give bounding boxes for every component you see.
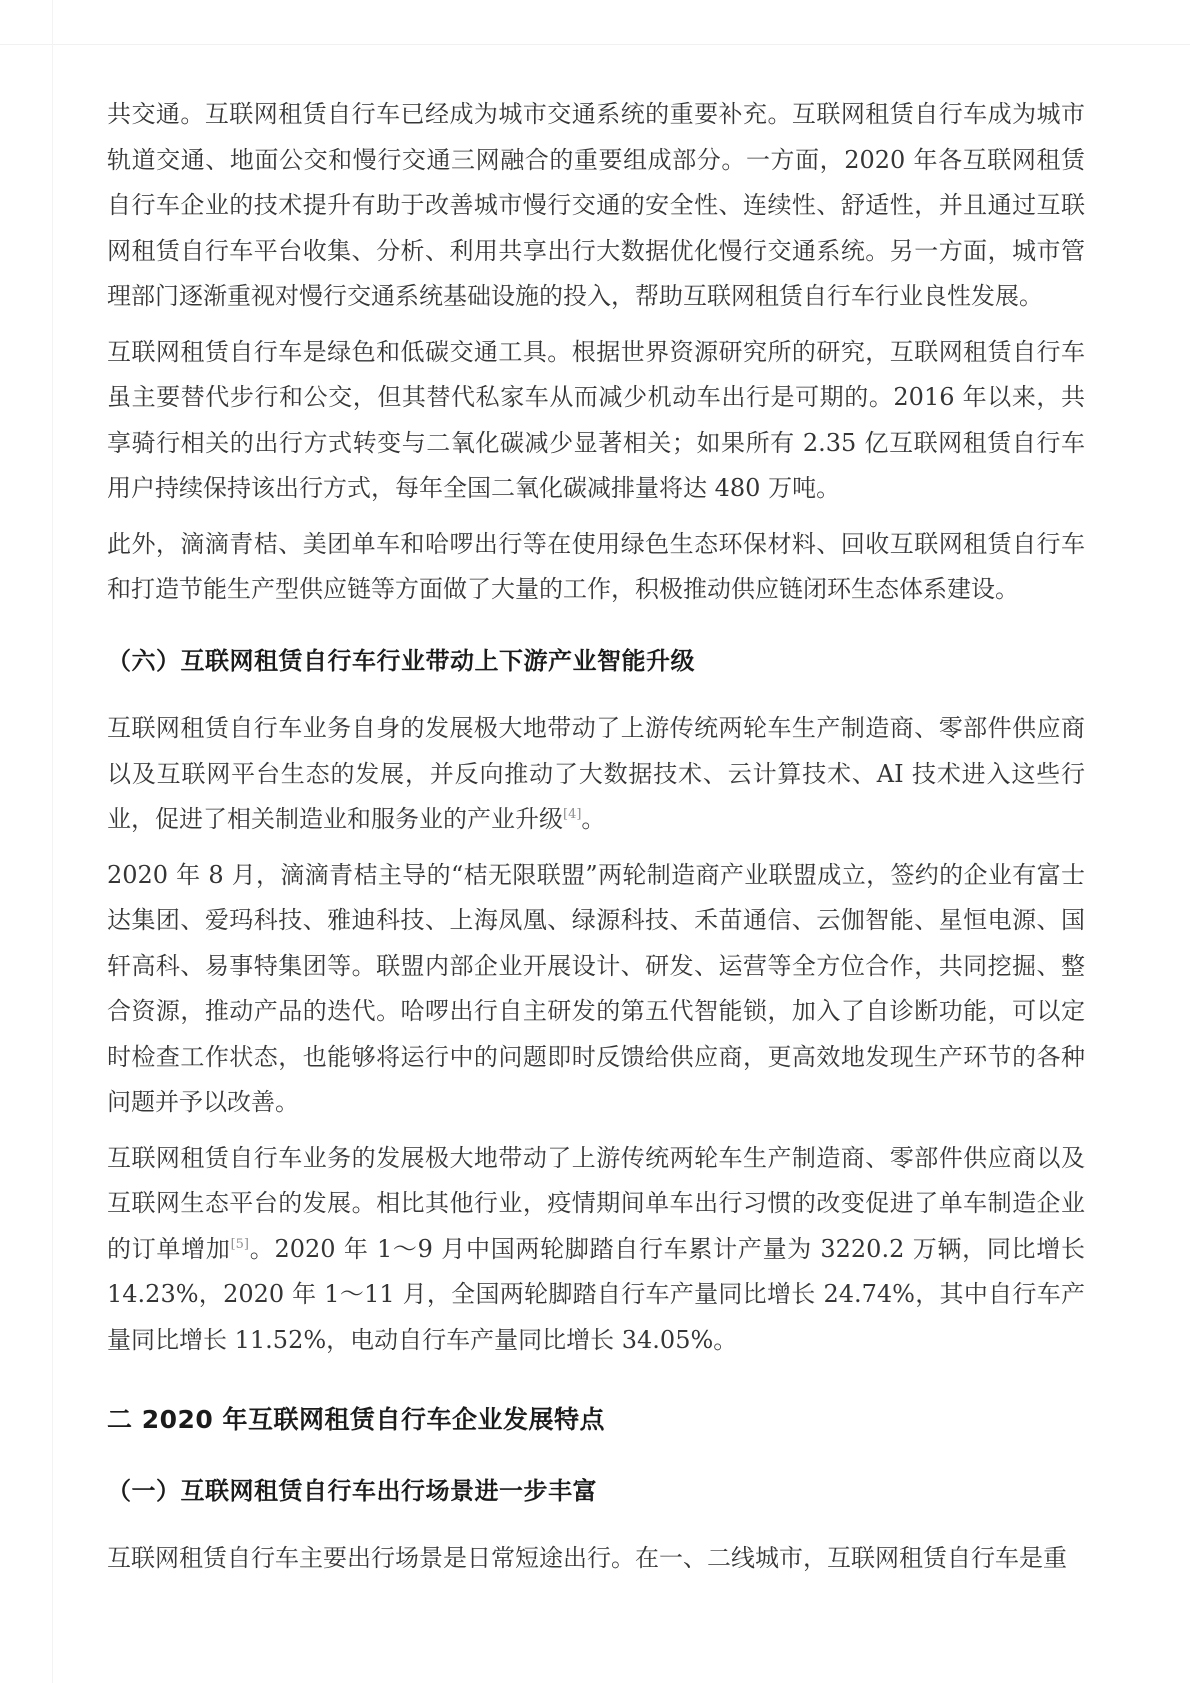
paragraph-ju-unlimited-alliance: 2020 年 8 月，滴滴青桔主导的“桔无限联盟”两轮制造商产业联盟成立，签约的… [107, 853, 1085, 1126]
heading-section-one-travel-scenes: （一）互联网租赁自行车出行场景进一步丰富 [107, 1469, 1085, 1515]
paragraph-upstream-downstream-upgrade: 互联网租赁自行车业务自身的发展极大地带动了上游传统两轮车生产制造商、零部件供应商… [107, 706, 1085, 843]
footnote-ref-5: [5] [231, 1237, 249, 1252]
document-content: 共交通。互联网租赁自行车已经成为城市交通系统的重要补充。互联网租赁自行车成为城市… [0, 0, 1190, 1683]
footnote-ref-4: [4] [563, 807, 581, 822]
paragraph-text: 。2020 年 1～9 月中国两轮脚踏自行车累计产量为 3220.2 万辆，同比… [107, 1235, 1085, 1354]
paragraph-eco-supply-chain: 此外，滴滴青桔、美团单车和哈啰出行等在使用绿色生态环保材料、回收互联网租赁自行车… [107, 522, 1085, 613]
paragraph-green-low-carbon: 互联网租赁自行车是绿色和低碳交通工具。根据世界资源研究所的研究，互联网租赁自行车… [107, 330, 1085, 512]
paragraph-text: 。 [581, 805, 605, 833]
heading-chapter-two-enterprise-development: 二 2020 年互联网租赁自行车企业发展特点 [107, 1397, 1085, 1443]
document-page: 共交通。互联网租赁自行车已经成为城市交通系统的重要补充。互联网租赁自行车成为城市… [0, 0, 1190, 1683]
paragraph-bicycle-production-growth: 互联网租赁自行车业务的发展极大地带动了上游传统两轮车生产制造商、零部件供应商以及… [107, 1136, 1085, 1364]
paragraph-daily-short-trips: 互联网租赁自行车主要出行场景是日常短途出行。在一、二线城市，互联网租赁自行车是重 [107, 1536, 1085, 1582]
heading-section-six-industry-upgrade: （六）互联网租赁自行车行业带动上下游产业智能升级 [107, 639, 1085, 685]
paragraph-urban-transport-integration: 共交通。互联网租赁自行车已经成为城市交通系统的重要补充。互联网租赁自行车成为城市… [107, 92, 1085, 320]
